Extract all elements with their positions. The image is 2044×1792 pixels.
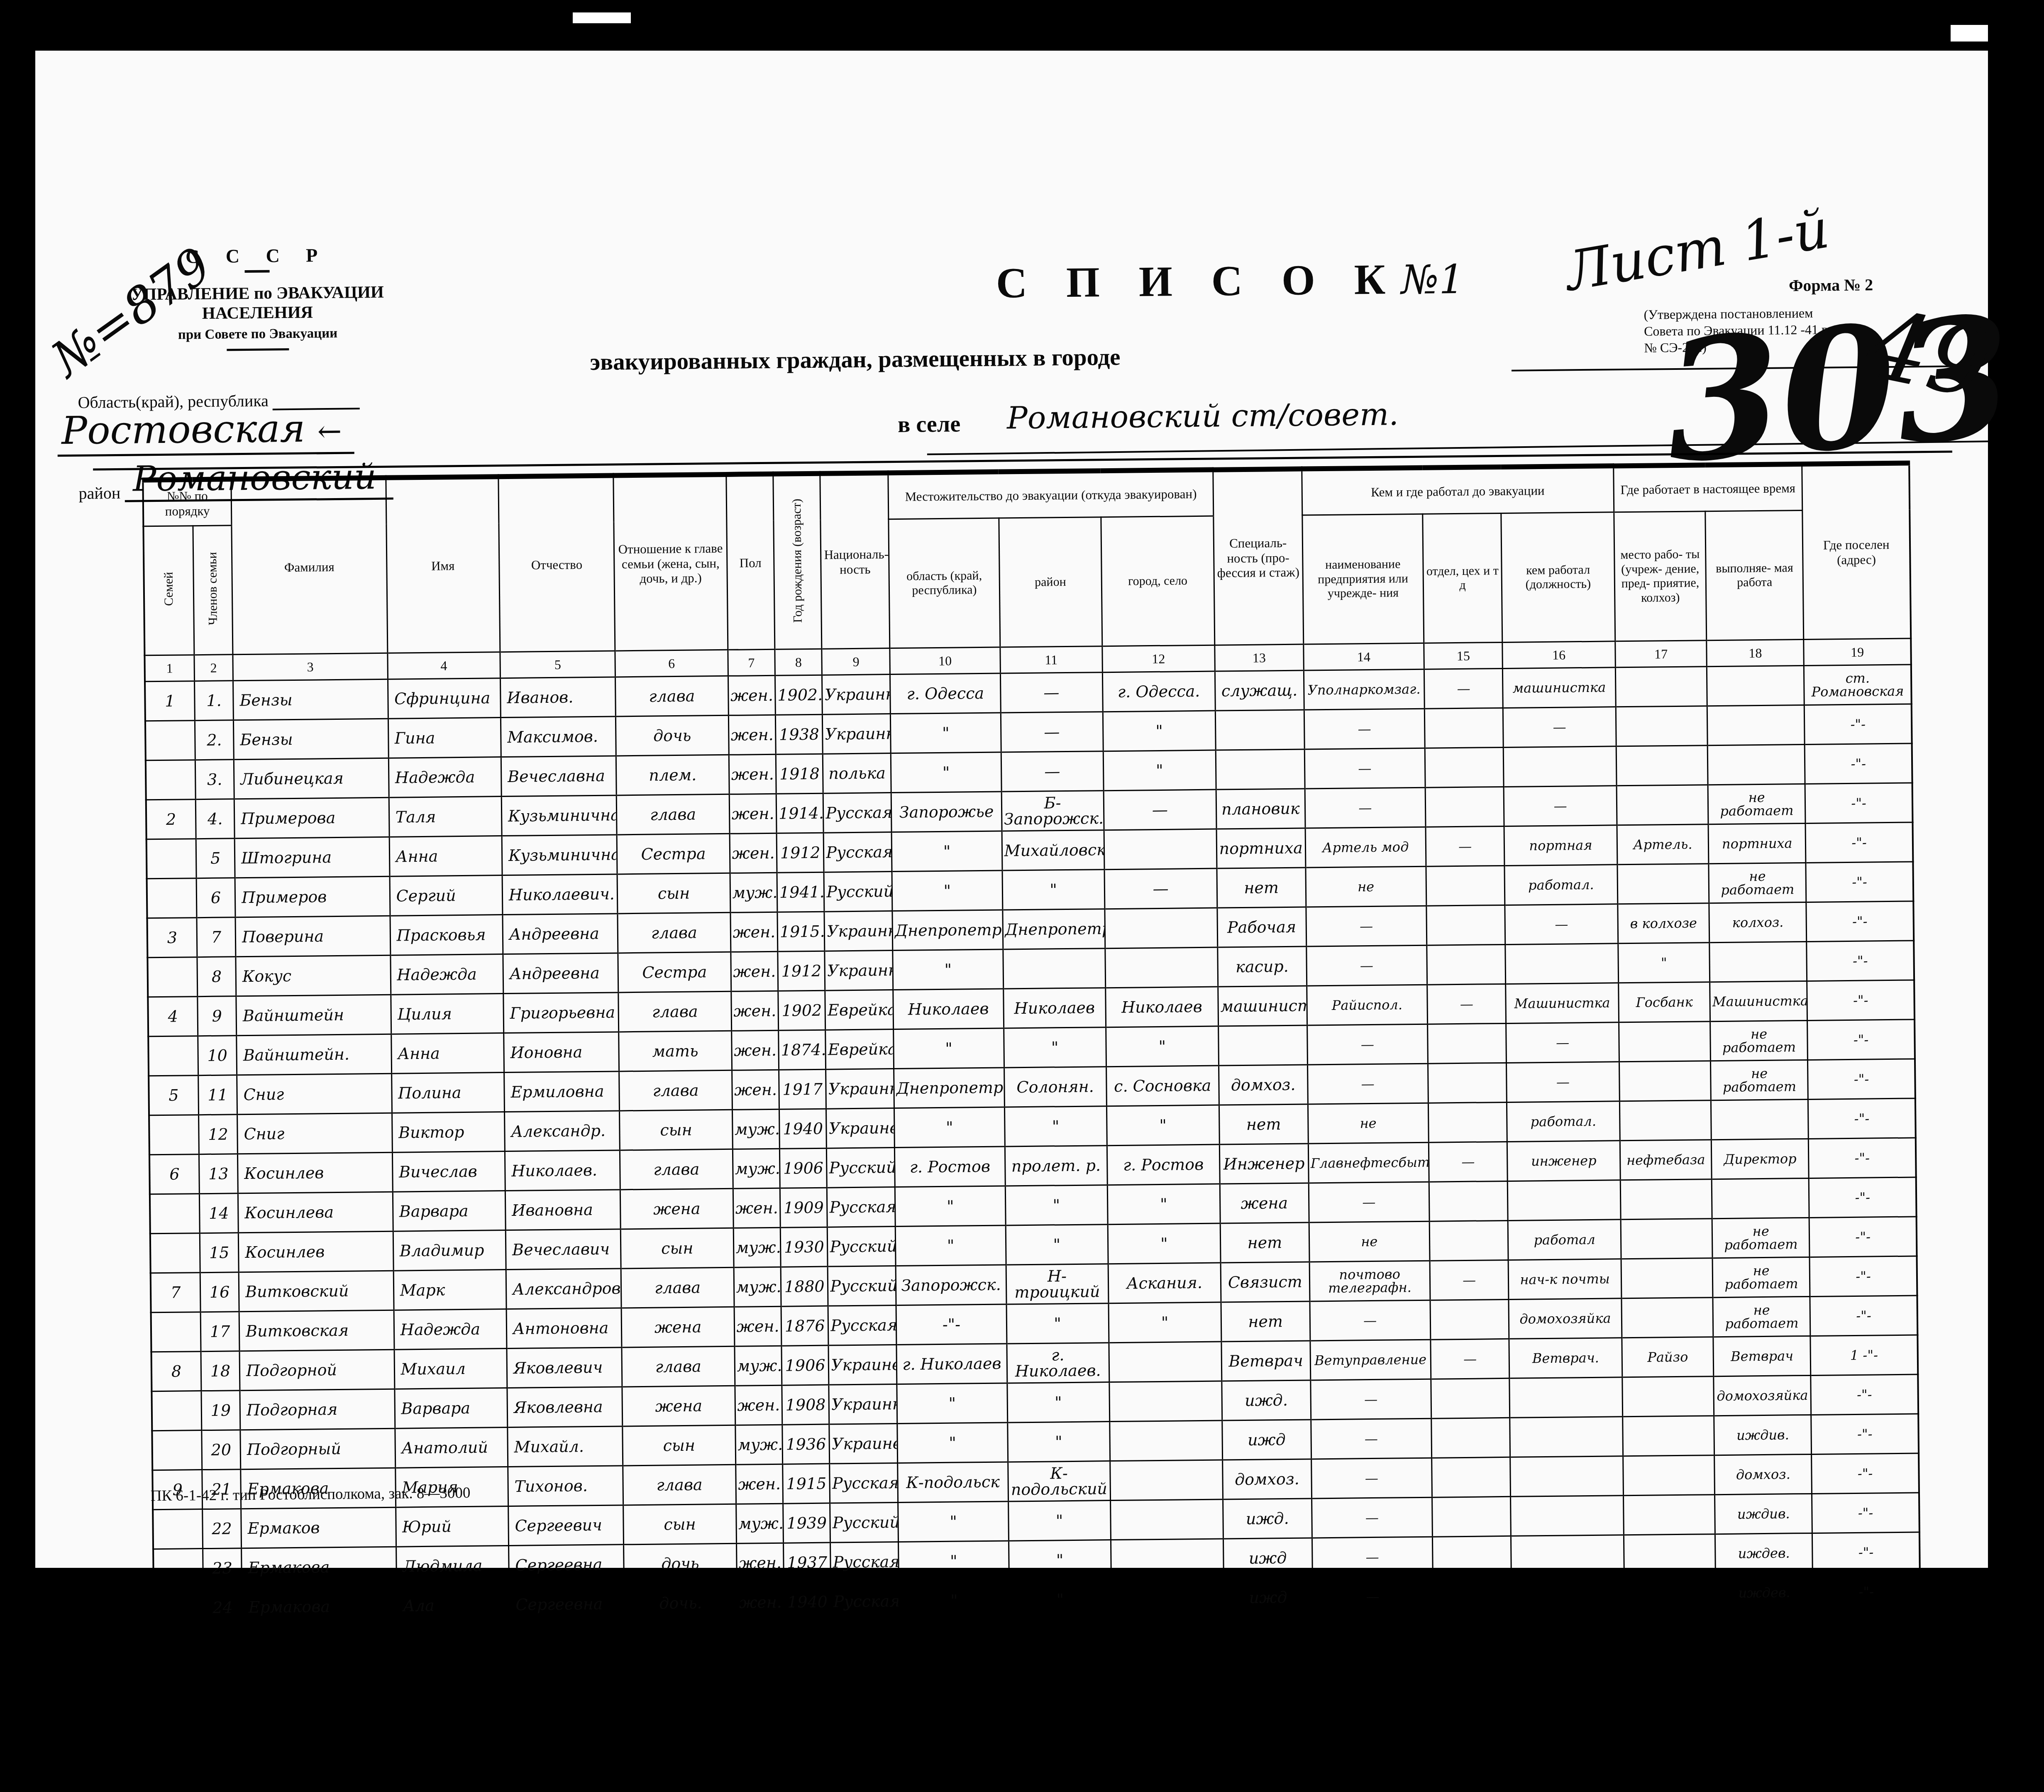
cell: 20 <box>202 1430 241 1470</box>
cell: 1930 <box>780 1227 828 1267</box>
column-number: 17 <box>1615 641 1707 667</box>
cell: дочь. <box>624 1583 737 1623</box>
cell: -"- <box>1805 822 1913 863</box>
cell: Ермаков <box>241 1507 396 1548</box>
cell: 1937 <box>784 1543 831 1582</box>
cell: Сергий <box>390 875 503 916</box>
cell: 1908 <box>782 1385 829 1425</box>
cell: " <box>899 1541 1009 1582</box>
cell <box>1003 949 1105 989</box>
cell: муж. <box>735 1425 782 1464</box>
cell: не <box>1308 1103 1429 1144</box>
cell: иждив. <box>1714 1415 1812 1455</box>
cell: 1902 <box>778 990 825 1030</box>
cell: Рабочая <box>1217 907 1306 947</box>
cell: — <box>1001 712 1103 752</box>
cell <box>1110 1499 1223 1540</box>
cell: 1918 <box>776 754 823 794</box>
cell: глава <box>618 991 731 1032</box>
cell: мать <box>619 1031 732 1071</box>
cell: 1 <box>145 681 195 721</box>
cell: жен. <box>734 1306 781 1346</box>
cell: 1909 <box>780 1188 827 1227</box>
cell <box>151 1312 201 1352</box>
cell: " <box>1006 1303 1109 1344</box>
cell <box>1428 1063 1507 1103</box>
cell <box>1426 905 1505 945</box>
cell <box>1111 1578 1224 1619</box>
cell: " <box>891 713 1001 753</box>
cell <box>1505 944 1618 984</box>
cell: Варвара <box>395 1388 508 1429</box>
cell: Николаев <box>1105 987 1218 1027</box>
cell: -"- <box>1811 1374 1918 1415</box>
cell: 1880 <box>781 1266 828 1306</box>
cell: " <box>1109 1302 1221 1343</box>
column-number: 19 <box>1804 638 1911 665</box>
col-header-address: Где поселен (адрес) <box>1802 463 1911 640</box>
cell <box>148 1036 198 1076</box>
cell: г. Одесса <box>890 673 1001 714</box>
cell: ижд <box>1223 1577 1313 1618</box>
cell: " <box>1618 943 1710 983</box>
cell: 11 <box>198 1075 237 1115</box>
cell: 8 <box>197 957 236 997</box>
cell <box>1712 1178 1810 1218</box>
table-body: 11.БензыСфринцинаИванов.главажен.1902.Ук… <box>145 665 1920 1628</box>
cell: 3. <box>195 760 234 799</box>
cell: 1906 <box>781 1345 829 1385</box>
cell: Николаевич. <box>502 874 618 915</box>
col-header-city: город, село <box>1101 516 1214 646</box>
cell: -"- <box>1808 1098 1916 1139</box>
cell <box>1428 1102 1507 1142</box>
cell: — <box>1504 786 1617 826</box>
cell: 1915 <box>783 1464 830 1504</box>
cell: — <box>1427 984 1506 1024</box>
group-residence: Местожительство до эвакуации (откуда эва… <box>888 470 1214 519</box>
cell: Сергеевна <box>509 1584 624 1625</box>
cell <box>1617 785 1709 825</box>
cell <box>1424 708 1503 748</box>
cell: Русская <box>828 1305 896 1346</box>
cell: ст. Романовская <box>1804 665 1912 705</box>
cell: 1940 <box>779 1109 826 1149</box>
cell: муж. <box>734 1267 781 1307</box>
cell: — <box>1306 945 1427 986</box>
cell <box>1623 1455 1715 1496</box>
cell: инженер <box>1507 1141 1620 1181</box>
cell: глава <box>618 912 730 953</box>
cell: Юрий <box>396 1506 508 1547</box>
cell: не работает <box>1711 1060 1808 1100</box>
cell <box>1621 1258 1713 1298</box>
cell: работал <box>1508 1220 1621 1260</box>
cell: Косинлев <box>238 1231 393 1272</box>
cell: домохозяйка <box>1714 1375 1811 1416</box>
cell: домхоз. <box>1219 1065 1307 1105</box>
org-country: С С С Р <box>91 243 423 269</box>
cell: Ветврач <box>1713 1336 1811 1376</box>
cell: жен. <box>728 675 775 715</box>
col-header-firstname: Имя <box>386 477 500 653</box>
cell: Госбанк <box>1618 982 1710 1022</box>
cell: 19 <box>201 1391 240 1430</box>
cell: Вечеславна <box>501 756 616 797</box>
cell: глава <box>619 1070 732 1111</box>
cell: — <box>1001 751 1104 792</box>
cell: Поверина <box>235 916 390 957</box>
cell: — <box>1503 707 1616 748</box>
cell: 1876 <box>781 1306 828 1346</box>
cell: глава <box>623 1464 736 1505</box>
cell: Бензы <box>233 679 388 720</box>
cell: муж. <box>733 1149 780 1188</box>
cell: Н-троицкий <box>1006 1264 1109 1304</box>
cell: — <box>1305 787 1426 828</box>
cell: плем. <box>616 755 729 795</box>
cell: жен. <box>737 1582 784 1623</box>
cell: Русская <box>830 1542 899 1582</box>
cell: — <box>1426 826 1504 866</box>
cell: Антоновна <box>506 1308 622 1349</box>
cell: -"- <box>1812 1532 1920 1572</box>
cell: Сниг <box>237 1073 392 1115</box>
cell <box>1430 1299 1509 1340</box>
cell: муж. <box>732 1109 779 1149</box>
cell: 1941. <box>777 872 824 912</box>
cell <box>1425 787 1504 827</box>
cell: жен. <box>731 991 778 1031</box>
cell <box>1707 665 1805 706</box>
cell: " <box>891 831 1002 872</box>
cell <box>1623 1495 1715 1535</box>
cell: 1914. <box>776 793 823 833</box>
cell: жена <box>1220 1183 1309 1223</box>
cell: — <box>1505 904 1618 945</box>
cell <box>150 1233 200 1273</box>
oblast-handwritten: Ростовская ← <box>57 406 354 457</box>
cell: 1 -"- <box>1810 1335 1918 1375</box>
cell: " <box>1008 1501 1111 1541</box>
cell: Вайнштейн. <box>237 1034 391 1075</box>
cell <box>1215 710 1304 750</box>
cell: Иванов. <box>500 677 615 718</box>
cell: г. Николаев <box>896 1344 1007 1384</box>
col-header-members: Членов семьи <box>193 526 233 655</box>
cell: -"- <box>1809 1177 1916 1217</box>
cell: Сфринцина <box>388 678 501 719</box>
cell: 5 <box>149 1076 198 1115</box>
cell <box>1622 1416 1714 1456</box>
cell: 13 <box>199 1154 238 1194</box>
cell: " <box>1004 1027 1106 1068</box>
cell: дочь <box>616 715 729 756</box>
cell: Марк <box>393 1270 506 1310</box>
cell <box>1711 1099 1809 1139</box>
column-number: 10 <box>890 647 1000 675</box>
cell: Райиспол. <box>1306 985 1427 1025</box>
cell: Украинка <box>823 714 891 754</box>
cell: Вайнштейн <box>236 995 391 1036</box>
cell: К-подольский <box>1008 1461 1110 1501</box>
cell <box>1432 1496 1511 1537</box>
cell: -"- <box>1808 1059 1915 1099</box>
cell: не <box>1309 1221 1430 1262</box>
cell: Сергеевна <box>508 1545 624 1585</box>
divider <box>245 270 270 273</box>
cell: не <box>1305 866 1426 907</box>
cell: " <box>896 1225 1006 1266</box>
cell: Надежда <box>388 757 501 798</box>
cell: домхоз. <box>1714 1454 1812 1494</box>
cell: Артель мод <box>1305 827 1426 868</box>
cell: 23 <box>203 1548 242 1588</box>
cell: Андреевна <box>503 953 618 994</box>
cell: — <box>1304 748 1425 789</box>
cell: -"- <box>1805 743 1912 784</box>
cell <box>153 1509 203 1549</box>
cell: жен. <box>735 1464 783 1504</box>
cell: — <box>1307 1024 1428 1065</box>
arrow-mark: ← <box>317 414 342 449</box>
cell: — <box>1311 1497 1432 1538</box>
cell: Главнефтесбыт <box>1308 1142 1429 1183</box>
column-number: 11 <box>1000 646 1102 673</box>
cell: Еврейка <box>825 990 894 1030</box>
cell: иждев. <box>1715 1533 1813 1573</box>
cell: Украинец <box>829 1424 898 1464</box>
cell: Украинка <box>826 1069 894 1109</box>
cell: Варвара <box>393 1191 506 1232</box>
cell: -"- <box>1810 1296 1917 1336</box>
cell: Русский <box>828 1266 896 1306</box>
cell: Райзо <box>1622 1337 1714 1377</box>
cell <box>147 878 197 918</box>
cell: портниха <box>1216 828 1305 868</box>
cell: 22 <box>203 1509 242 1549</box>
selo-label: в селе <box>898 411 961 437</box>
cell: домохозяйка <box>1509 1298 1622 1339</box>
cell: полька <box>823 753 891 794</box>
cell: Михайловский <box>1002 830 1104 870</box>
cell: нет <box>1220 1222 1309 1263</box>
cell: Днепропетр. <box>894 1068 1004 1108</box>
cell: ижд <box>1223 1538 1312 1578</box>
cell: не работает <box>1712 1257 1810 1297</box>
cell: Ионовна <box>504 1032 619 1073</box>
cell <box>1109 1342 1222 1382</box>
cell: жен. <box>729 794 777 834</box>
col-header-oblast: область (край, республика) <box>889 518 1000 648</box>
cell <box>1617 864 1709 904</box>
cell: сын <box>623 1504 736 1545</box>
cell: сын <box>623 1425 735 1466</box>
col-header-families-label: Семей <box>161 572 176 606</box>
cell: Вичеслав <box>392 1151 505 1192</box>
column-number: 4 <box>388 652 501 680</box>
cell: 3 <box>147 918 197 958</box>
cell: -"- <box>1807 941 1914 981</box>
cell: г. Одесса. <box>1102 671 1215 712</box>
cell: Надежда <box>394 1309 507 1350</box>
column-number: 16 <box>1502 641 1615 669</box>
cell: 7 <box>151 1273 200 1313</box>
cell: Русский <box>828 1227 896 1267</box>
cell: Витковский <box>239 1271 393 1312</box>
cell: в колхозе <box>1618 903 1710 944</box>
cell: " <box>894 1107 1005 1148</box>
cell: — <box>1311 1418 1431 1459</box>
cell: 1917 <box>779 1069 826 1109</box>
cell: — <box>1104 790 1216 830</box>
document-sheet: №=879 С С С Р УПРАВЛЕНИЕ по ЭВАКУАЦИИ НА… <box>35 51 1988 1568</box>
cell: домхоз. <box>1223 1459 1311 1499</box>
cell: пролет. р. <box>1005 1146 1107 1186</box>
cell <box>1109 1381 1222 1422</box>
cell <box>1105 908 1218 949</box>
cell: -"- <box>896 1304 1006 1345</box>
cell: Кузьминична <box>501 795 617 836</box>
cell: — <box>1424 668 1503 709</box>
cell <box>1615 667 1707 707</box>
cell: -"- <box>1806 862 1913 902</box>
cell: " <box>897 1383 1007 1424</box>
scanned-document-page: { "annotations": { "doc_number": "№=879"… <box>0 0 2044 1792</box>
cell: Яковлевна <box>507 1387 623 1428</box>
cell: Ветуправление <box>1310 1340 1431 1380</box>
cell: -"- <box>1805 783 1912 823</box>
cell: Таля <box>389 797 502 837</box>
cell: Подгорный <box>240 1428 395 1469</box>
cell: — <box>1304 709 1425 749</box>
cell: Ала <box>396 1585 509 1626</box>
cell: Кокус <box>236 955 391 996</box>
cell: " <box>897 1423 1008 1463</box>
cell: Сестра <box>617 834 730 874</box>
cell <box>152 1430 202 1470</box>
cell <box>1619 1022 1711 1062</box>
cell: Примеров <box>235 876 390 917</box>
document-title: С П И С О К №1 <box>996 254 1464 308</box>
cell: — <box>1104 868 1217 909</box>
cell <box>1512 1574 1624 1615</box>
cell: 1912 <box>777 833 824 873</box>
cell: Сергеевич <box>508 1505 624 1546</box>
column-number: 7 <box>728 649 775 676</box>
col-header-families: Семей <box>143 526 194 655</box>
cell: жен. <box>732 1070 779 1110</box>
cell: 1940 <box>784 1582 831 1622</box>
cell: Запорожье <box>891 792 1002 832</box>
cell: " <box>1103 711 1216 751</box>
cell: -"- <box>1807 980 1915 1020</box>
cell: Ивановна <box>505 1190 620 1230</box>
cell: Косинлев <box>238 1152 393 1193</box>
cell <box>146 760 195 800</box>
cell: колхоз. <box>1709 902 1807 942</box>
cell <box>1511 1496 1624 1536</box>
cell: -"- <box>1807 1019 1915 1060</box>
cell: — <box>1307 1063 1428 1104</box>
cell: 16 <box>200 1272 239 1312</box>
cell: г. Ростов <box>895 1147 1005 1187</box>
column-number: 8 <box>775 649 822 675</box>
cell: — <box>1312 1537 1433 1577</box>
cell: жен. <box>730 912 778 952</box>
cell: касир. <box>1218 946 1306 987</box>
cell: Надежда <box>391 954 503 995</box>
cell: муж. <box>733 1227 781 1267</box>
column-number: 15 <box>1424 642 1503 669</box>
cell: 1912 <box>778 951 825 991</box>
cell: Максимов. <box>501 716 616 757</box>
cell: -"- <box>1809 1138 1916 1178</box>
cell: муж. <box>736 1504 783 1543</box>
cell <box>1708 744 1805 785</box>
cell: " <box>1106 1026 1219 1067</box>
cell: Русский <box>827 1148 895 1188</box>
cell <box>1431 1378 1510 1418</box>
cell <box>1426 865 1505 906</box>
cell: 1936 <box>782 1424 830 1464</box>
cell <box>1509 1377 1622 1418</box>
cell: " <box>1009 1579 1111 1620</box>
cell: -"- <box>1812 1453 1919 1494</box>
cell: " <box>1004 1106 1107 1147</box>
cell: нет <box>1219 1104 1308 1144</box>
cell: жен. <box>736 1543 784 1583</box>
cell: жена <box>620 1188 733 1229</box>
cell <box>1219 1025 1307 1066</box>
cell: " <box>899 1580 1009 1621</box>
cell: Александр. <box>504 1111 620 1151</box>
evacuee-table: №№ по порядку Фамилия Имя Отчество Отнош… <box>142 461 1921 1629</box>
cell: нет <box>1221 1301 1310 1342</box>
cell: машинистка <box>1218 986 1307 1026</box>
col-header-raion: район <box>999 517 1102 647</box>
cell: не работает <box>1708 784 1805 824</box>
group-order: №№ по порядку <box>143 479 232 526</box>
cell <box>1429 1181 1508 1221</box>
cell: 6 <box>149 1154 199 1194</box>
cell: Русская <box>823 793 892 833</box>
cell <box>149 1115 199 1155</box>
cell <box>1619 1061 1711 1101</box>
document-subtitle: эвакуированных граждан, размещенных в го… <box>590 344 1120 376</box>
cell: с. Сосновка <box>1106 1066 1219 1106</box>
cell: " <box>1108 1223 1221 1264</box>
cell: Аскания. <box>1108 1263 1221 1303</box>
cell: 9 <box>198 996 237 1036</box>
cell: Русская <box>831 1582 899 1622</box>
cell: Украинка <box>824 911 893 951</box>
cell: ижд. <box>1222 1380 1311 1420</box>
cell: 1874. <box>779 1030 826 1070</box>
col-header-sex: Пол <box>726 474 774 650</box>
cell <box>1431 1418 1510 1458</box>
cell: Русский <box>824 872 892 912</box>
cell: Яковлевич <box>507 1347 622 1388</box>
title-list-number: №1 <box>1401 256 1465 303</box>
column-number: 6 <box>615 650 728 677</box>
cell: Людмила <box>396 1546 509 1587</box>
cell: Григорьевна <box>503 993 619 1033</box>
cell <box>153 1549 203 1589</box>
cell: муж. <box>730 873 777 912</box>
cell: нач-к почты <box>1508 1259 1621 1300</box>
cell: 2 <box>146 799 196 839</box>
